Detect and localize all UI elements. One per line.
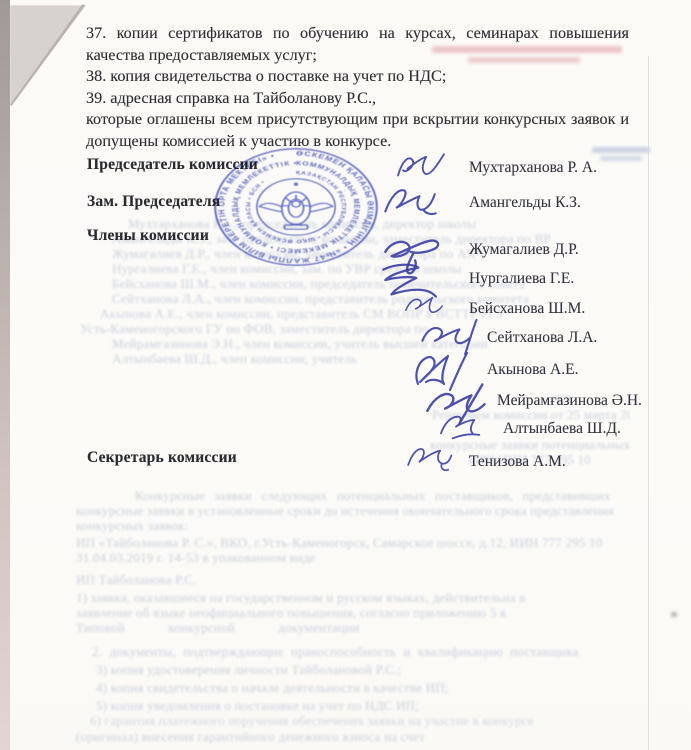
bleedthrough-line: ИП «Тайболанова Р. С.», ВКО, г.Усть-Каме… [76,536,628,550]
commission-member-name: Тенизова А.М. [469,453,566,471]
bleedthrough-line: заявление об языке неофициального повыше… [76,606,624,620]
page-corner-fold [10,0,92,108]
handwritten-signature [396,441,462,473]
bleedthrough-line: Алтынбаева Ш.Д., член комиссии, учитель [112,352,412,366]
bleedthrough-line: 4) копия свидетельства о начале деятельн… [96,681,466,695]
bleedthrough-line: конкурсных заявок: [76,519,226,533]
bleedthrough-line: 2. документы, подтверждающие правоспособ… [92,645,612,659]
commission-member-name: Амангельды К.З. [469,194,581,212]
commission-role-label-deputy: Зам. Председателя [87,193,220,211]
signature-stroke [385,190,435,214]
handwritten-signature [393,150,449,184]
commission-member-name: Бейсханова Ш.М. [469,300,585,318]
commission-role-label-members: Члены комиссии [87,227,209,245]
commission-role-label-secretary: Секретарь комиссии [87,449,237,467]
bleedthrough-line: 31.04.03.2019 г. 14-53 в упакованном вид… [76,551,336,565]
commission-member-name: Мейрамғазинова Ә.Н. [497,392,642,410]
signature-stroke [408,449,451,470]
signature-stroke [441,417,479,439]
signature-stroke [398,154,444,175]
scan-left-edge [0,0,10,750]
body-paragraph: 39. адресная справка на Тайболанову Р.С.… [86,88,629,110]
body-paragraph: 38. копия свидетельства о поставке на уч… [86,66,629,88]
bleedthrough-line: (оригинал) внесения гарантийного денежно… [76,730,538,744]
bleedthrough-line: Конкурсные заявки следующих потенциальны… [135,489,623,503]
kazakhstan-emblem-icon [259,183,332,230]
commission-member-name: Нургалиева Г.Е. [469,270,574,288]
scan-speck [671,612,677,617]
commission-member-name: Акынова А.Е. [487,361,578,379]
body-paragraph: которые оглашены всем присутствующим при… [86,109,629,152]
commission-member-name: Алтынбаева Ш.Д. [503,420,621,438]
bleedthrough-line: 1) заявка, оказавшиеся на государственно… [76,591,624,605]
scanned-document-page: Мухтарханова Р.А., председатель комиссии… [0,0,691,750]
handwritten-signature [381,181,439,219]
signature-stroke [406,298,442,313]
handwritten-signature [436,405,486,445]
handwritten-signature [403,291,445,321]
commission-member-name: Жумагалиев Д.Р. [469,241,579,259]
commission-member-name: Мухтарханова Р. А. [469,159,597,177]
body-paragraph: 37. копии сертификатов по обучению на ку… [86,23,629,66]
bleedthrough-line: 5) копия уведомления о постановке на уче… [96,699,481,713]
commission-member-name: Сейтханова Л.А. [487,329,597,347]
bleedthrough-line: 6) гарантия платежного поручения обеспеч… [90,714,630,728]
official-round-stamp: ӨСКЕМЕН ҚАЛАСЫ ӘКІМДІГІНІҢ • «№47 ЖАЛПЫ … [212,147,380,267]
bleedthrough-line: 3) копия удостоверения личности Тайболан… [96,663,426,677]
bleedthrough-line: конкурсные заявки в установленные сроки … [76,504,624,518]
document-body-text: 37. копии сертификатов по обучению на ку… [86,23,629,152]
blue-bleed-smudge [600,156,642,161]
bleedthrough-line: Типовой конкурсной документации [76,621,624,635]
scan-right-edge-line [648,56,649,750]
bleedthrough-line: ИП Тайболанова Р.С. [76,573,236,587]
